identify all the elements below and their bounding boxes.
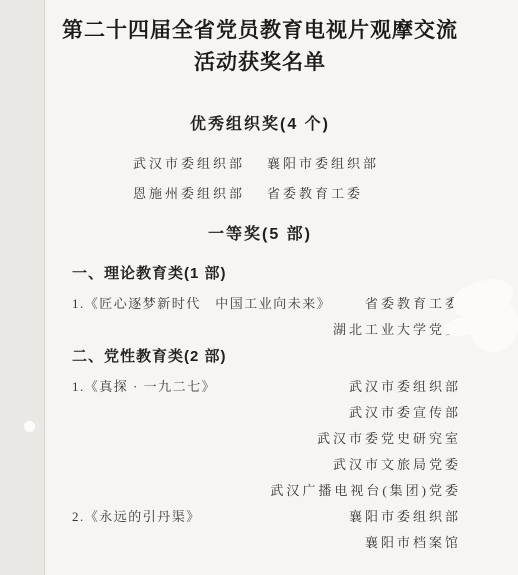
document-title: 第二十四届全省党员教育电视片观摩交流 活动获奖名单 [45,14,475,78]
award-item: 2.《永远的引丹渠》 襄阳市委组织部 襄阳市档案馆 [45,504,475,556]
awarding-org: 武汉市文旅局党委 [45,452,475,478]
film-number: 1. [72,379,85,394]
awarding-org: 武汉市委宣传部 [45,400,475,426]
film-name: 《永远的引丹渠》 [85,509,201,524]
scan-dot-artifact [24,421,35,432]
document-title-line1: 第二十四届全省党员教育电视片观摩交流 [45,14,475,46]
film-title: 1.《真探 · 一九二七》 [45,374,216,400]
awarding-org: 武汉广播电视台(集团)党委 [45,478,475,504]
film-number: 1. [72,296,85,311]
scanned-document-page: 第二十四届全省党员教育电视片观摩交流 活动获奖名单 优秀组织奖(4 个) 武汉市… [0,0,518,575]
document-content: 第二十四届全省党员教育电视片观摩交流 活动获奖名单 优秀组织奖(4 个) 武汉市… [45,0,475,556]
org-award-row: 恩施州委组织部 省委教育工委 [45,184,475,204]
org-award-winner: 武汉市委组织部 [133,154,267,174]
org-award-row: 武汉市委组织部 襄阳市委组织部 [45,154,475,174]
film-name: 《真探 · 一九二七》 [85,379,216,394]
category-heading-party-education: 二、党性教育类(2 部) [45,347,475,367]
category-heading-theory-education: 一、理论教育类(1 部) [45,264,475,284]
awarding-org: 武汉市委党史研究室 [45,426,475,452]
award-item: 1.《匠心逐梦新时代 中国工业向未来》 省委教育工委 湖北工业大学党委 [45,291,475,343]
org-award-winner: 恩施州委组织部 [133,184,267,204]
scan-left-edge [0,0,45,575]
film-title: 2.《永远的引丹渠》 [45,504,201,530]
film-name: 《匠心逐梦新时代 中国工业向未来》 [85,296,332,311]
awarding-org: 湖北工业大学党委 [45,317,475,343]
org-award-winner: 襄阳市委组织部 [267,154,379,174]
org-award-winner: 省委教育工委 [267,184,363,204]
film-number: 2. [72,509,85,524]
section-heading-org-award: 优秀组织奖(4 个) [45,114,475,136]
award-item: 1.《真探 · 一九二七》 武汉市委组织部 武汉市委宣传部 武汉市委党史研究室 … [45,374,475,504]
org-award-winner-list: 武汉市委组织部 襄阳市委组织部 恩施州委组织部 省委教育工委 [45,154,475,204]
document-title-line2: 活动获奖名单 [45,46,475,78]
awarding-org: 襄阳市档案馆 [45,530,475,556]
film-title: 1.《匠心逐梦新时代 中国工业向未来》 [45,291,331,317]
section-heading-first-prize: 一等奖(5 部) [45,224,475,246]
